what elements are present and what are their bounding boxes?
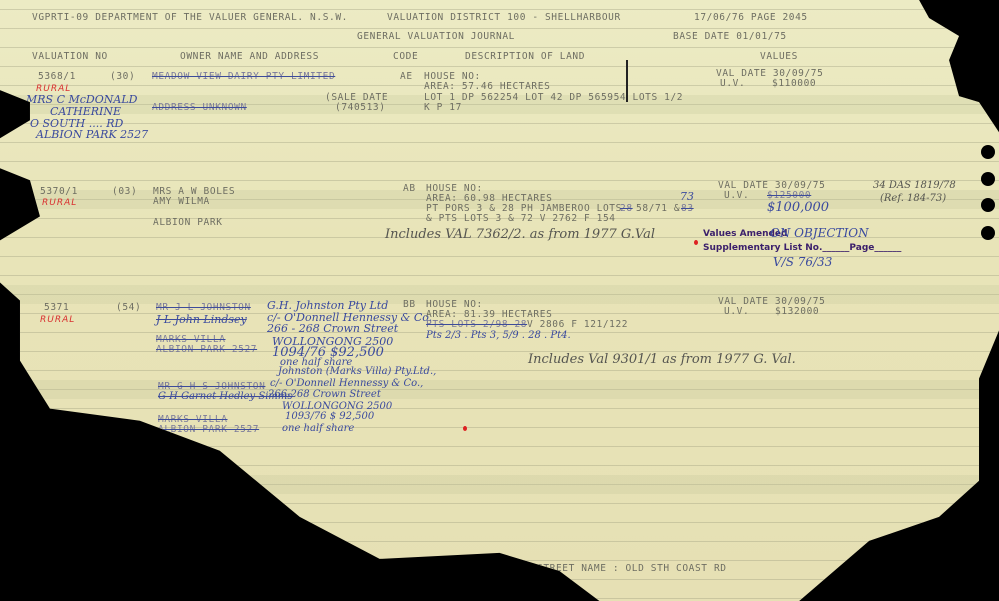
desc-line: & PTS LOTS 3 & 72 V 2762 F 154 xyxy=(426,213,616,224)
base-date: BASE DATE 01/01/75 xyxy=(673,31,787,42)
owner-struck: ALBION PARK 2527 xyxy=(156,344,257,355)
tear-mark xyxy=(626,60,628,102)
binder-hole xyxy=(981,226,995,240)
lots-struck-2: 83 xyxy=(681,203,694,214)
desc-struck: PTS LOTS 2/98 28 xyxy=(426,319,527,330)
owner-struck: MEADOW VIEW DAIRY PTY LIMITED xyxy=(152,71,335,82)
code: AE xyxy=(400,71,413,82)
zone-label: RURAL xyxy=(42,198,77,208)
new-owner2-line: Johnston (Marks Villa) Pty.Ltd., xyxy=(278,366,436,377)
red-dot xyxy=(694,240,698,245)
valuation-no: 5371 xyxy=(44,302,69,313)
col-description: DESCRIPTION OF LAND xyxy=(465,51,585,62)
lots-added: 58/71 & xyxy=(636,203,680,214)
code: AB xyxy=(403,183,416,194)
uv-amended: $100,000 xyxy=(767,200,829,215)
new-owner2-line: 1093/76 $ 92,500 xyxy=(285,411,374,422)
owner-line: ALBION PARK xyxy=(153,217,223,228)
col-valuation-no: VALUATION NO xyxy=(32,51,108,62)
includes-note: Includes VAL 7362/2. as from 1977 G.Val xyxy=(385,227,655,242)
uv-value: $132000 xyxy=(775,306,819,317)
street-name: STREET NAME : OLD STH COAST RD xyxy=(537,563,727,574)
lots-struck: 28 xyxy=(620,203,633,214)
journal-page: VGPRTI-09 DEPARTMENT OF THE VALUER GENER… xyxy=(0,0,999,601)
code: BB xyxy=(403,299,416,310)
owner-struck: J L John Lindsey xyxy=(156,313,247,326)
new-owner2-line: 266-268 Crown Street xyxy=(268,389,381,400)
pencil-note: 34 DAS 1819/78 xyxy=(873,180,956,191)
stamp-supplementary: Supplementary List No.______Page______ xyxy=(703,243,901,253)
journal-title: GENERAL VALUATION JOURNAL xyxy=(357,31,515,42)
owner2-struck: ALBION PARK 2527 xyxy=(158,424,259,435)
uv-value: $110000 xyxy=(772,78,816,89)
uv-label: U.V. xyxy=(724,306,749,317)
desc-line: LOT 1 DP 562254 LOT 42 DP 565954 LOTS 1/… xyxy=(424,92,683,103)
binder-hole xyxy=(981,172,995,186)
col-owner: OWNER NAME AND ADDRESS xyxy=(180,51,319,62)
lots-handwritten: 73 xyxy=(680,190,694,203)
row-band xyxy=(0,380,999,399)
desc-handwritten: Pts 2/3 . Pts 3, 5/9 . 28 . Pt4. xyxy=(426,330,571,341)
handwritten-owner-4: ALBION PARK 2527 xyxy=(36,128,148,141)
zone-label: RURAL xyxy=(40,315,75,325)
desc-line: V 2806 F 121/122 xyxy=(527,319,628,330)
sub-code: (30) xyxy=(110,71,135,82)
stamp-on-objection: ON OBJECTION xyxy=(770,226,869,240)
valuation-no: 5370/1 xyxy=(40,186,78,197)
sub-code: (03) xyxy=(112,186,137,197)
sub-code: (54) xyxy=(116,302,141,313)
col-code: CODE xyxy=(393,51,418,62)
supp-list-no: V/S 76/33 xyxy=(773,255,832,269)
address-struck: ADDRESS UNKNOWN xyxy=(152,102,247,113)
includes-note: Includes Val 9301/1 as from 1977 G. Val. xyxy=(528,352,796,367)
uv-label: U.V. xyxy=(724,190,749,201)
red-dot xyxy=(463,426,467,431)
new-owner2-line: c/- O'Donnell Hennessy & Co., xyxy=(270,378,423,389)
desc-line: K P 17 xyxy=(424,102,462,113)
pencil-ref: (Ref. 184-73) xyxy=(880,193,946,204)
print-date-page: 17/06/76 PAGE 2045 xyxy=(694,12,808,23)
binder-hole xyxy=(981,198,995,212)
desc-line: AREA: 57.46 HECTARES xyxy=(424,81,550,92)
owner-line: AMY WILMA xyxy=(153,196,210,207)
footer-ref: 11813 xyxy=(371,563,403,574)
sale-date: (740513) xyxy=(335,102,386,113)
form-id: VGPRTI-09 DEPARTMENT OF THE VALUER GENER… xyxy=(32,12,348,23)
owner-struck: MR J L JOHNSTON xyxy=(156,302,251,313)
col-values: VALUES xyxy=(760,51,798,62)
new-owner2-line: one half share xyxy=(282,423,354,434)
binder-hole xyxy=(981,145,995,159)
uv-label: U.V. xyxy=(720,78,745,89)
row-band xyxy=(0,475,999,494)
row-band xyxy=(0,285,999,304)
district: VALUATION DISTRICT 100 - SHELLHARBOUR xyxy=(387,12,621,23)
valuation-no: 5368/1 xyxy=(38,71,76,82)
new-owner-line: 266 - 268 Crown Street xyxy=(267,322,398,335)
